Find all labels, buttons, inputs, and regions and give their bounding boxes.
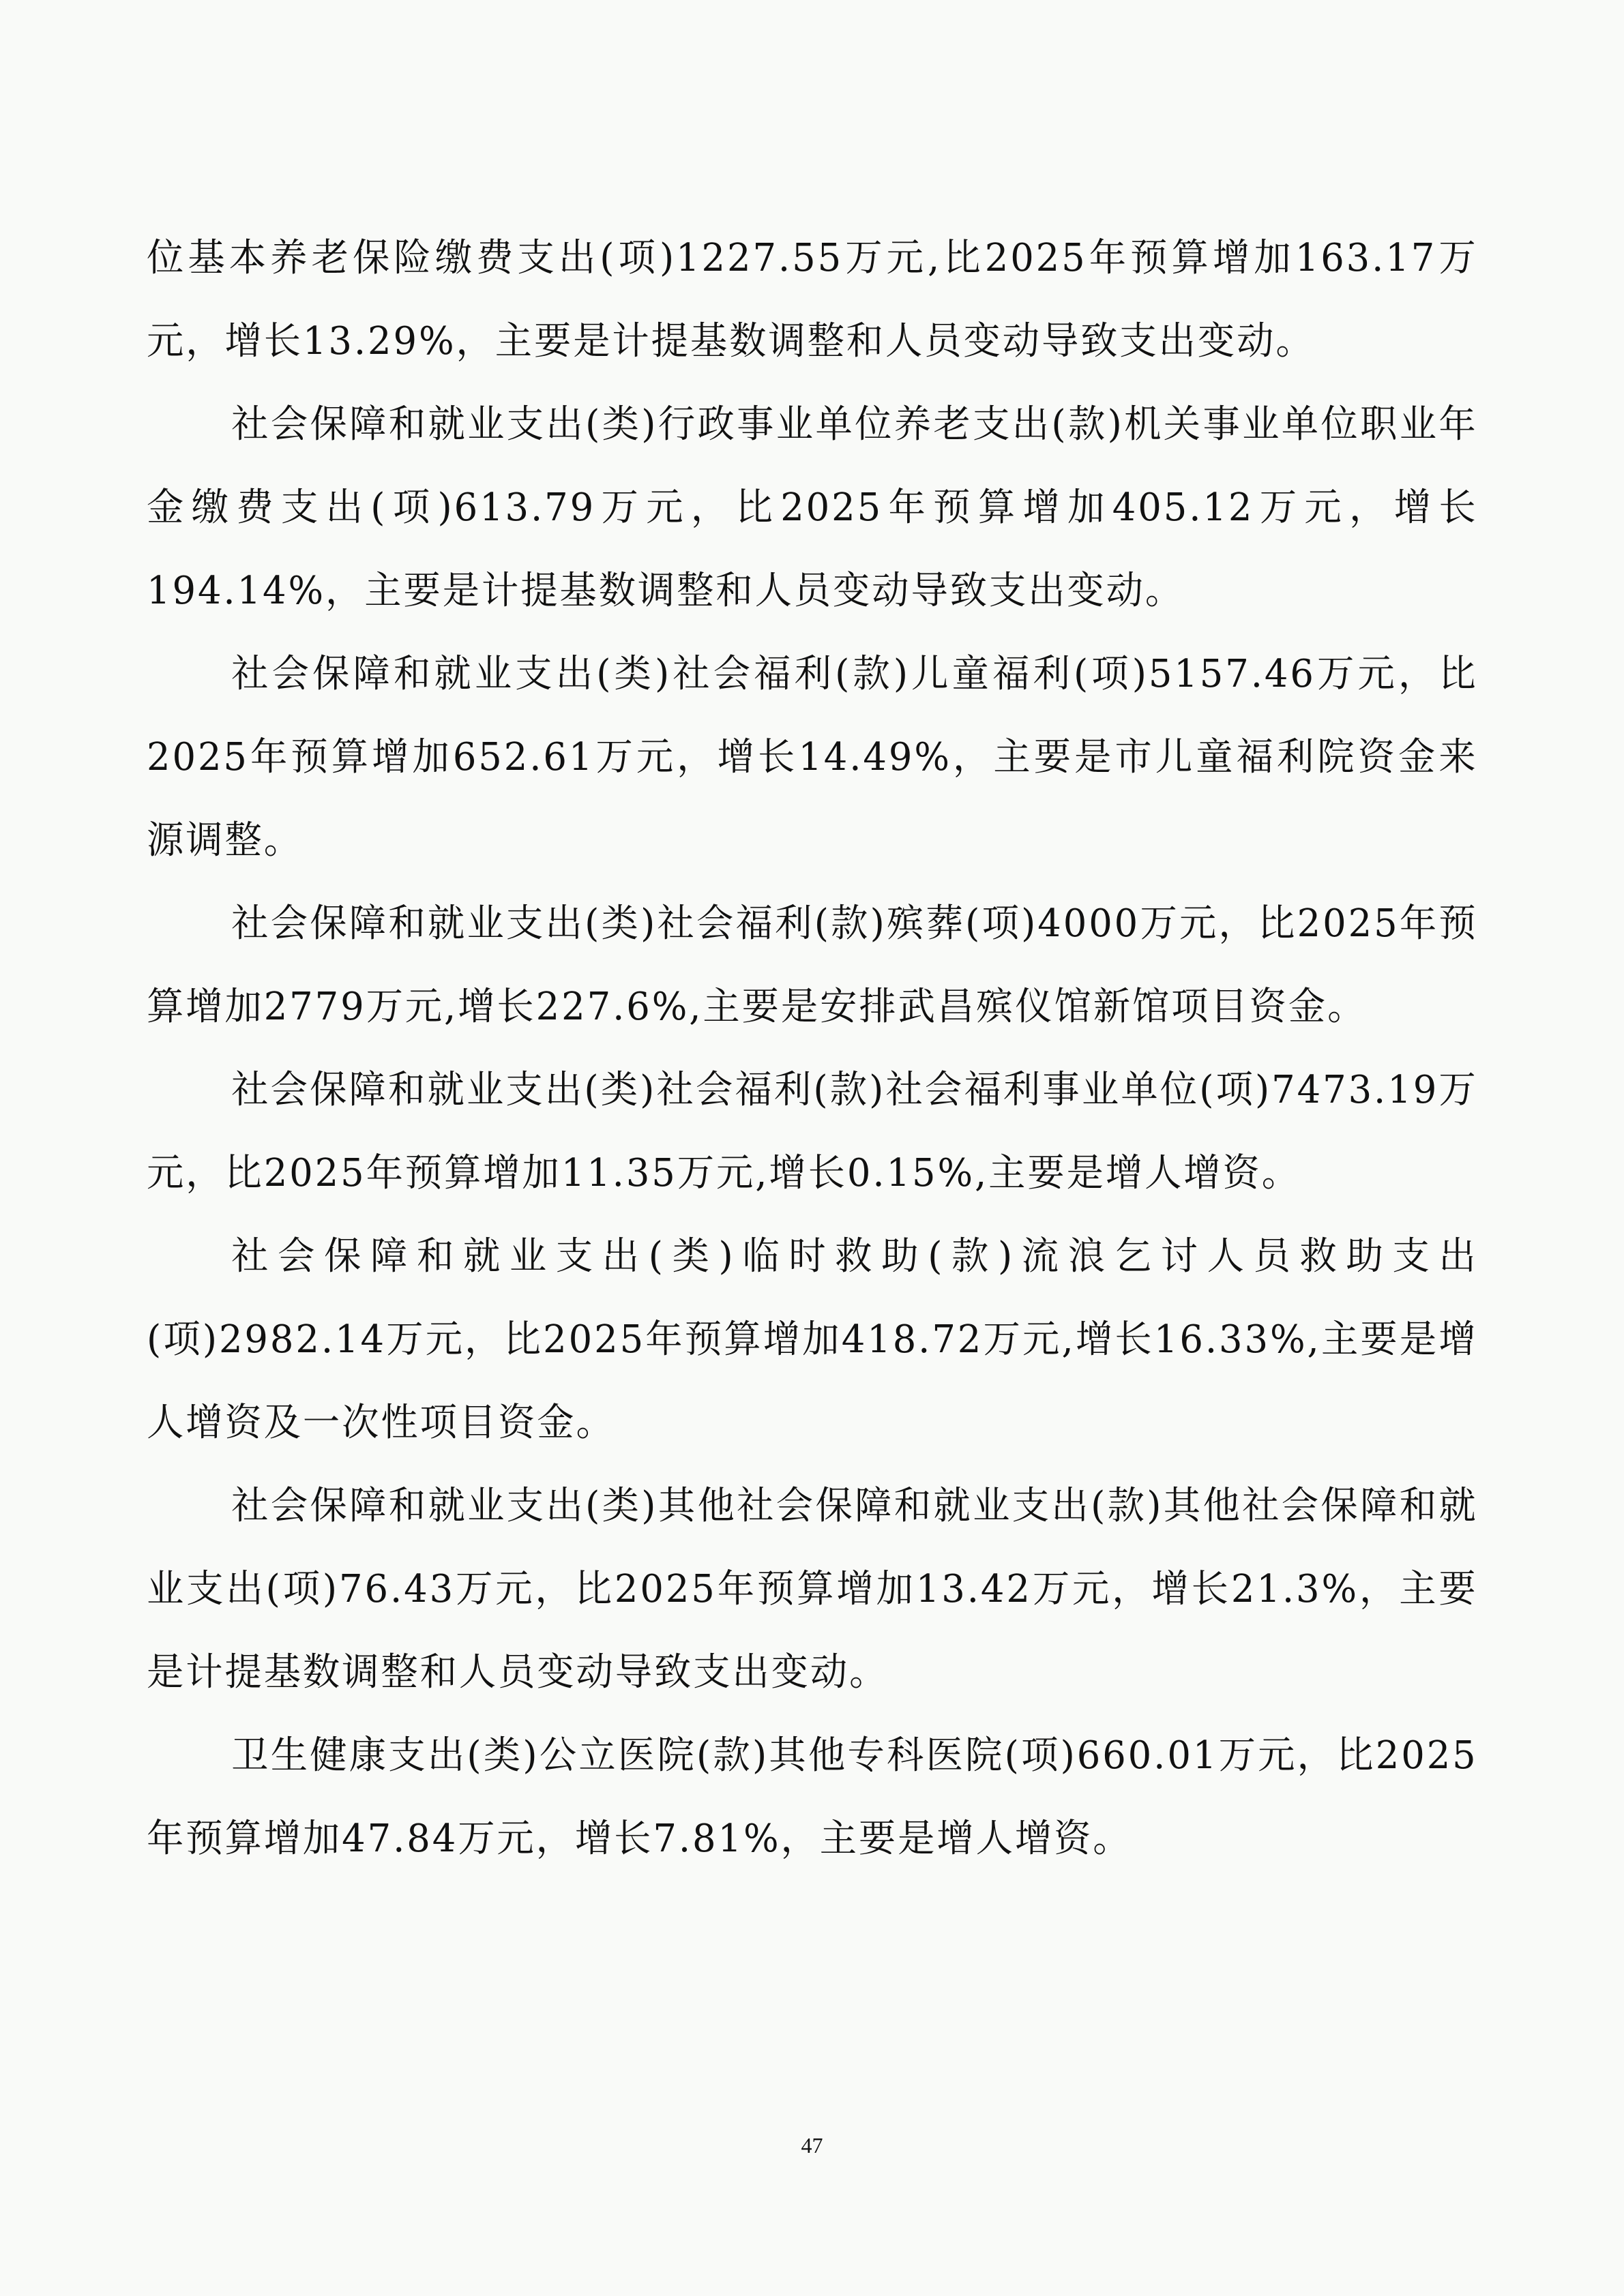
paragraph-other-social-security: 社会保障和就业支出(类)其他社会保障和就业支出(款)其他社会保障和就业支出(项)… <box>147 1465 1478 1714</box>
page-number: 47 <box>0 2133 1624 2158</box>
paragraph-specialty-hospital: 卫生健康支出(类)公立医院(款)其他专科医院(项)660.01万元，比2025年… <box>147 1714 1478 1881</box>
paragraph-social-welfare-institutions: 社会保障和就业支出(类)社会福利(款)社会福利事业单位(项)7473.19万元，… <box>147 1049 1478 1215</box>
paragraph-basic-pension-insurance: 位基本养老保险缴费支出(项)1227.55万元,比2025年预算增加163.17… <box>147 217 1478 383</box>
paragraph-funeral: 社会保障和就业支出(类)社会福利(款)殡葬(项)4000万元，比2025年预算增… <box>147 882 1478 1049</box>
paragraph-occupational-annuity: 社会保障和就业支出(类)行政事业单位养老支出(款)机关事业单位职业年金缴费支出(… <box>147 383 1478 633</box>
page-body: 位基本养老保险缴费支出(项)1227.55万元,比2025年预算增加163.17… <box>147 217 1478 1881</box>
paragraph-child-welfare: 社会保障和就业支出(类)社会福利(款)儿童福利(项)5157.46万元，比202… <box>147 633 1478 882</box>
paragraph-vagrant-relief: 社会保障和就业支出(类)临时救助(款)流浪乞讨人员救助支出(项)2982.14万… <box>147 1215 1478 1465</box>
